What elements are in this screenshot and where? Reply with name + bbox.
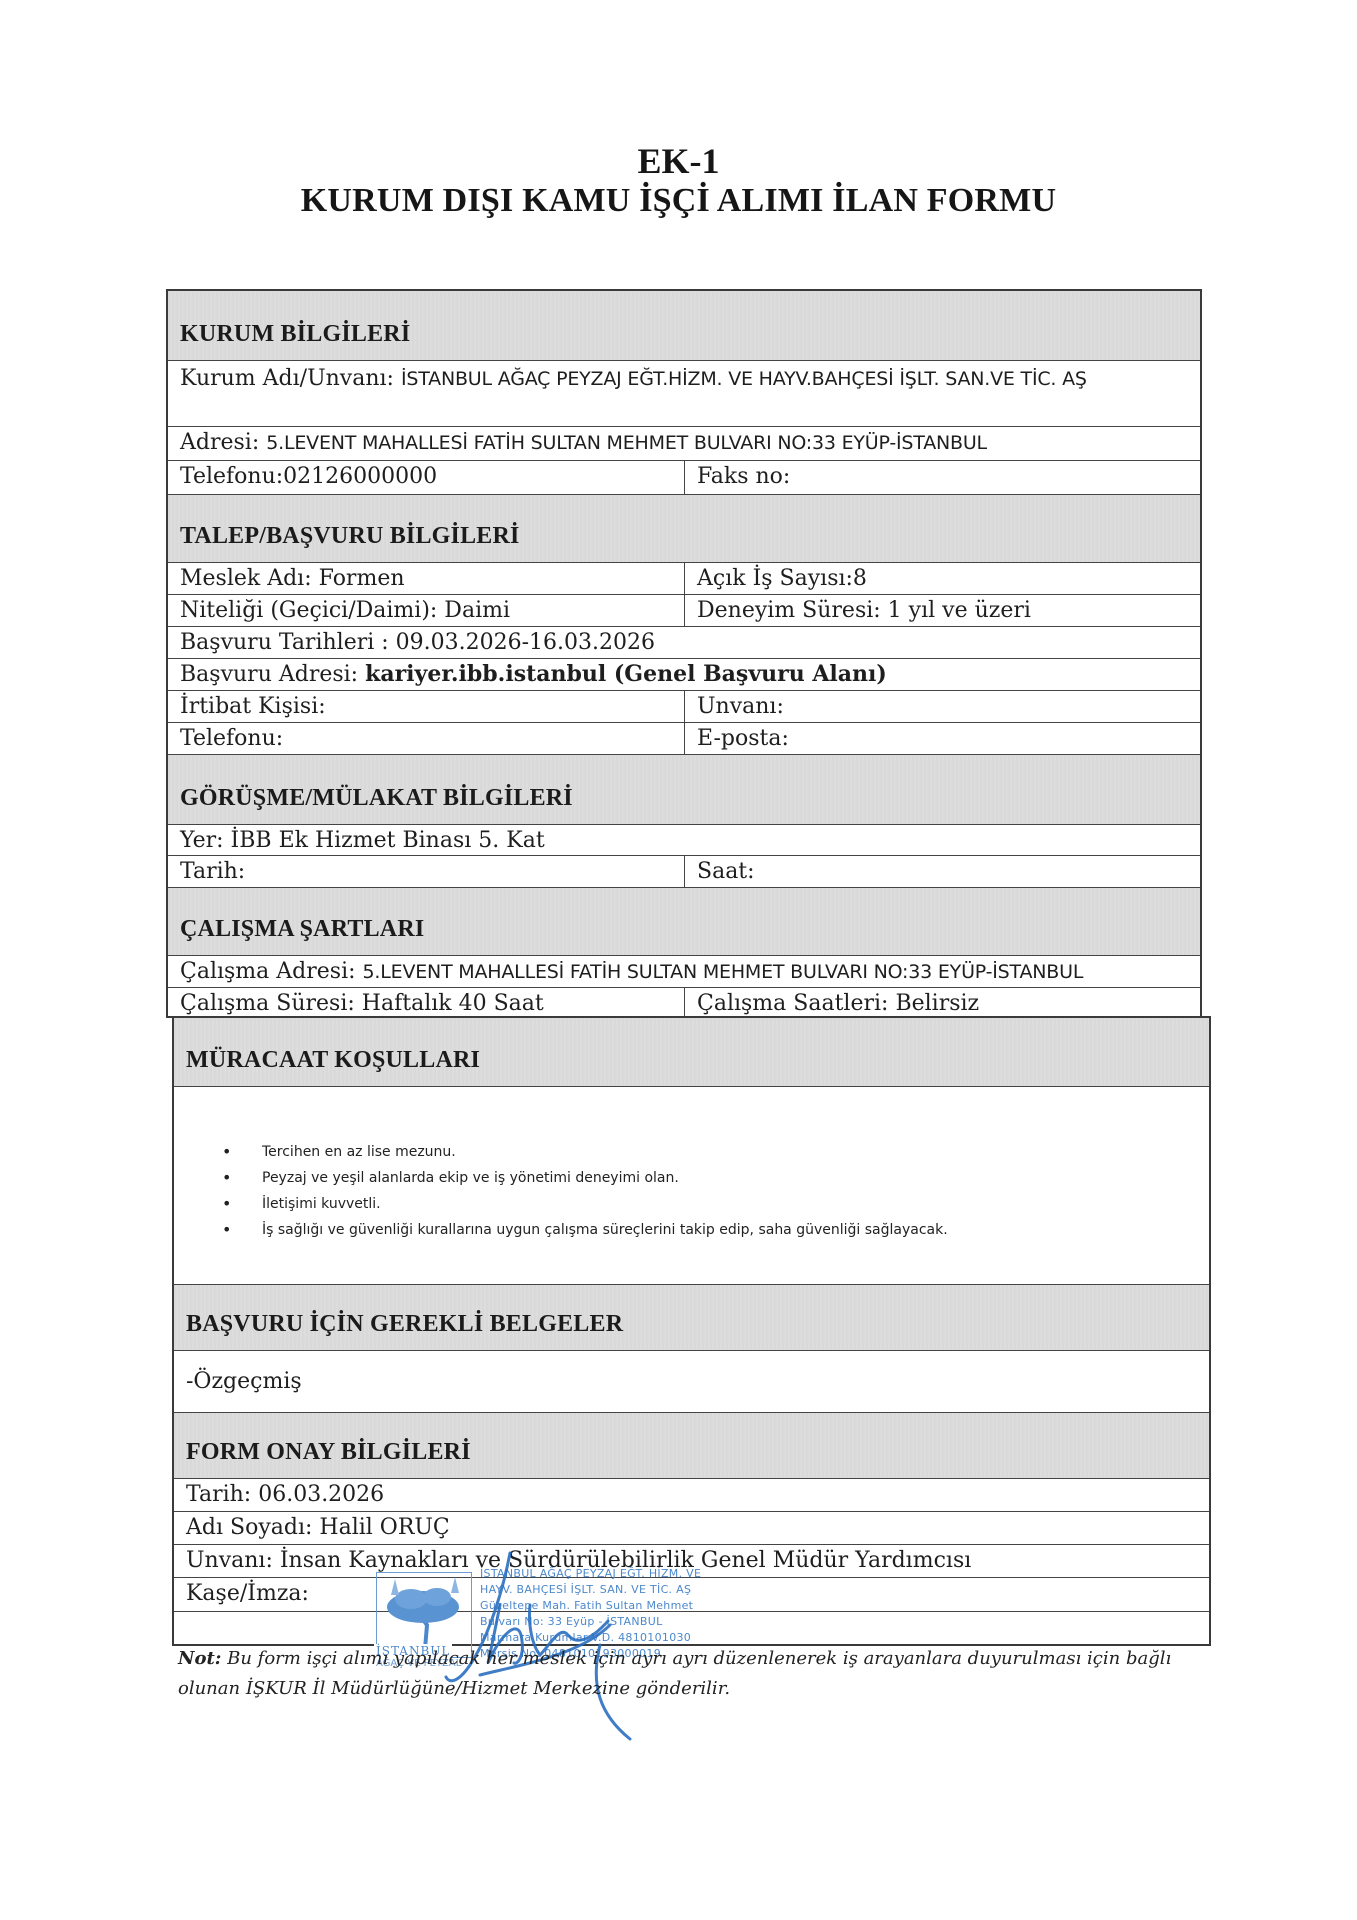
conditions-list: Tercihen en az lise mezunu. Peyzaj ve ye… — [222, 1139, 948, 1243]
section-title: FORM ONAY BİLGİLERİ — [186, 1439, 471, 1466]
calisma-adresi-label: Çalışma Adresi: — [180, 959, 363, 984]
kurum-adi-row: Kurum Adı/Unvanı: İSTANBUL AĞAÇ PEYZAJ E… — [168, 360, 1200, 426]
form-table-lower: MÜRACAAT KOŞULLARI Tercihen en az lise m… — [172, 1016, 1211, 1646]
basvuru-tarihleri-field: Başvuru Tarihleri : 09.03.2026-16.03.202… — [168, 627, 1200, 658]
section-title: TALEP/BAŞVURU BİLGİLERİ — [180, 523, 520, 550]
section-form-onay: FORM ONAY BİLGİLERİ — [174, 1412, 1209, 1478]
section-title: MÜRACAAT KOŞULLARI — [186, 1047, 480, 1074]
condition-item: İş sağlığı ve güvenliği kurallarına uygu… — [222, 1217, 948, 1243]
meslek-field: Meslek Adı: Formen — [168, 563, 685, 594]
telefon-faks-row: Telefonu:02126000000 Faks no: — [168, 460, 1200, 494]
annex-label: EK-1 — [0, 140, 1357, 182]
section-talep-basvuru: TALEP/BAŞVURU BİLGİLERİ — [168, 494, 1200, 562]
tarih-saat-row: Tarih: Saat: — [168, 855, 1200, 887]
deneyim-field: Deneyim Süresi: 1 yıl ve üzeri — [685, 595, 1200, 626]
section-gorusme-mulakat: GÖRÜŞME/MÜLAKAT BİLGİLERİ — [168, 754, 1200, 824]
kurum-adi-label: Kurum Adı/Unvanı: — [180, 366, 401, 391]
section-title: GÖRÜŞME/MÜLAKAT BİLGİLERİ — [180, 785, 573, 812]
section-gerekli-belgeler: BAŞVURU İÇİN GEREKLİ BELGELER — [174, 1284, 1209, 1350]
acik-is-field: Açık İş Sayısı:8 — [685, 563, 1200, 594]
section-title: ÇALIŞMA ŞARTLARI — [180, 916, 424, 943]
calisma-adresi-row: Çalışma Adresi: 5.LEVENT MAHALLESİ FATİH… — [168, 955, 1200, 987]
kurum-adi-value: İSTANBUL AĞAÇ PEYZAJ EĞT.HİZM. VE HAYV.B… — [401, 368, 1087, 390]
nitelik-row: Niteliği (Geçici/Daimi): Daimi Deneyim S… — [168, 594, 1200, 626]
basvuru-adresi-row: Başvuru Adresi: kariyer.ibb.istanbul (Ge… — [168, 658, 1200, 690]
telefon-field: Telefonu: — [168, 723, 685, 754]
basvuru-adresi-field: Başvuru Adresi: kariyer.ibb.istanbul (Ge… — [168, 659, 1200, 690]
nitelik-field: Niteliği (Geçici/Daimi): Daimi — [168, 595, 685, 626]
onay-tarih-row: Tarih: 06.03.2026 — [174, 1478, 1209, 1511]
condition-item: Tercihen en az lise mezunu. — [222, 1139, 948, 1165]
adres-field: Adresi: 5.LEVENT MAHALLESİ FATİH SULTAN … — [168, 427, 1200, 460]
tarih-field: Tarih: — [168, 856, 685, 887]
basvuru-adresi-link[interactable]: kariyer.ibb.istanbul (Genel Başvuru Alan… — [365, 661, 887, 687]
basvuru-tarihleri-row: Başvuru Tarihleri : 09.03.2026-16.03.202… — [168, 626, 1200, 658]
calisma-adresi-field: Çalışma Adresi: 5.LEVENT MAHALLESİ FATİH… — [168, 956, 1200, 987]
adres-value: 5.LEVENT MAHALLESİ FATİH SULTAN MEHMET B… — [266, 432, 987, 454]
adres-label: Adresi: — [180, 430, 266, 455]
section-muracaat-kosullari: MÜRACAAT KOŞULLARI — [174, 1018, 1209, 1086]
signature-icon — [440, 1545, 670, 1745]
belgeler-body: -Özgeçmiş — [174, 1350, 1209, 1412]
basvuru-adresi-label: Başvuru Adresi: — [180, 662, 365, 687]
kurum-adi-field: Kurum Adı/Unvanı: İSTANBUL AĞAÇ PEYZAJ E… — [168, 361, 1200, 426]
irtibat-row: İrtibat Kişisi: Unvanı: — [168, 690, 1200, 722]
form-table-upper: KURUM BİLGİLERİ Kurum Adı/Unvanı: İSTANB… — [166, 289, 1202, 1018]
yer-field: Yer: İBB Ek Hizmet Binası 5. Kat — [168, 825, 1200, 855]
saat-field: Saat: — [685, 856, 1200, 887]
footnote-line-1: Not: Bu form işçi alımı yapılacak her me… — [178, 1648, 1171, 1669]
eposta-field: E-posta: — [685, 723, 1200, 754]
faks-field: Faks no: — [685, 461, 1200, 494]
condition-item: Peyzaj ve yeşil alanlarda ekip ve iş yön… — [222, 1165, 948, 1191]
condition-item: İletişimi kuvvetli. — [222, 1191, 948, 1217]
onay-tarih-field: Tarih: 06.03.2026 — [174, 1479, 1209, 1511]
section-title: KURUM BİLGİLERİ — [180, 321, 410, 348]
form-title: KURUM DIŞI KAMU İŞÇİ ALIMI İLAN FORMU — [0, 182, 1357, 220]
section-kurum-bilgileri: KURUM BİLGİLERİ — [168, 291, 1200, 360]
note-text: Bu form işçi alımı yapılacak her meslek … — [221, 1648, 1171, 1669]
section-calisma-sartlari: ÇALIŞMA ŞARTLARI — [168, 887, 1200, 955]
muracaat-body: Tercihen en az lise mezunu. Peyzaj ve ye… — [174, 1086, 1209, 1284]
section-title: BAŞVURU İÇİN GEREKLİ BELGELER — [186, 1311, 623, 1338]
yer-row: Yer: İBB Ek Hizmet Binası 5. Kat — [168, 824, 1200, 855]
telefon-field: Telefonu:02126000000 — [168, 461, 685, 494]
unvan-field: Unvanı: — [685, 691, 1200, 722]
calisma-adresi-value: 5.LEVENT MAHALLESİ FATİH SULTAN MEHMET B… — [363, 961, 1084, 983]
adi-soyadi-field: Adı Soyadı: Halil ORUÇ — [174, 1512, 1209, 1544]
note-label: Not: — [178, 1648, 221, 1669]
footnote-line-2: olunan İŞKUR İl Müdürlüğüne/Hizmet Merke… — [178, 1678, 730, 1699]
iletisim-row: Telefonu: E-posta: — [168, 722, 1200, 754]
adi-soyadi-row: Adı Soyadı: Halil ORUÇ — [174, 1511, 1209, 1544]
adres-row: Adresi: 5.LEVENT MAHALLESİ FATİH SULTAN … — [168, 426, 1200, 460]
meslek-row: Meslek Adı: Formen Açık İş Sayısı:8 — [168, 562, 1200, 594]
belge-item: -Özgeçmiş — [174, 1351, 1209, 1412]
irtibat-field: İrtibat Kişisi: — [168, 691, 685, 722]
